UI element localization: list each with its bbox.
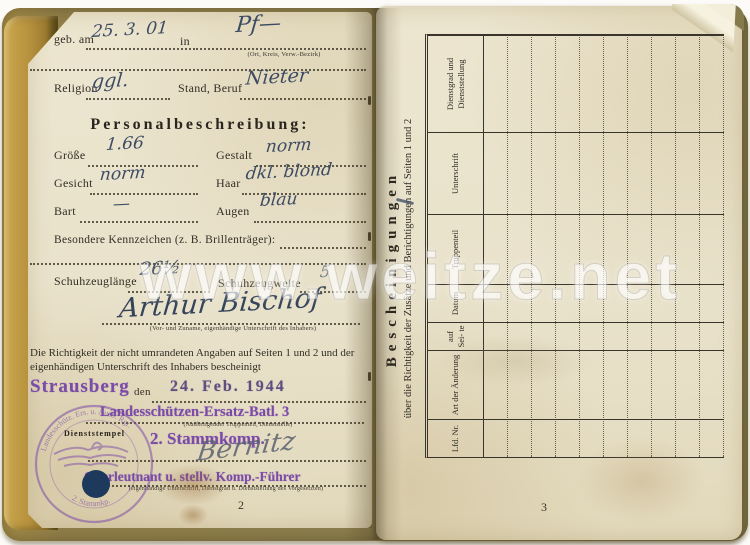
column-header: Dienstgrad und Dienststellung xyxy=(428,36,484,132)
table-row-line xyxy=(555,35,556,457)
table-column: Truppenteil xyxy=(428,214,724,284)
table-row-line xyxy=(603,35,604,457)
eagle-icon xyxy=(54,443,128,466)
dotted-line xyxy=(280,246,366,249)
haar-handwriting: dkl. blond xyxy=(245,160,333,184)
table-row-line xyxy=(699,35,700,457)
column-header: Art der Änderung xyxy=(428,351,484,419)
gestalt-handwriting: norm xyxy=(265,135,312,157)
table-column: Unterschrift xyxy=(428,132,724,214)
column-header: Truppenteil xyxy=(428,215,484,284)
shoe-width-handwriting: 5 xyxy=(319,262,331,282)
augen-label: Augen xyxy=(216,204,250,219)
certification-text: Die Richtigkeit der nicht umrandeten Ang… xyxy=(30,346,368,375)
binding-stitch xyxy=(368,372,371,381)
dotted-line xyxy=(30,262,366,265)
dotted-line xyxy=(90,192,198,195)
censor-dot xyxy=(82,470,110,498)
augen-handwriting: blau xyxy=(259,189,298,211)
dotted-line xyxy=(240,97,366,100)
bescheinigungen-table: Lfd. Nr. Art der Änderung auf Sei- te Da… xyxy=(425,34,724,458)
birthplace-handwriting: Pf— xyxy=(235,11,282,38)
page-2-number: 2 xyxy=(238,498,244,513)
groesse-handwriting: 1.66 xyxy=(105,133,145,155)
binding-stitch xyxy=(368,232,371,241)
column-header: Lfd. Nr. xyxy=(428,420,484,457)
dotted-line xyxy=(200,47,366,50)
owner-signature-handwriting: Arthur Bischof xyxy=(118,283,323,324)
personalbeschreibung-title: Personalbeschreibung: xyxy=(28,116,372,134)
shoe-length-handwriting: 26½ xyxy=(139,257,181,280)
page-2: geb. am 25. 3. 01 in Pf— (Ort, Kreis, Ve… xyxy=(28,12,372,528)
table-row-line xyxy=(723,35,724,457)
bescheinigungen-title: Bescheinigungen xyxy=(384,16,401,521)
table-column: Datum xyxy=(428,284,724,322)
gesicht-handwriting: norm xyxy=(99,163,146,185)
haar-label: Haar xyxy=(216,176,241,191)
page-3-rotated-content: Bescheinigungen über die Richtigkeit der… xyxy=(384,16,721,521)
bescheinigungen-subtitle: über die Richtigkeit der Zusätze und Ber… xyxy=(403,16,414,521)
soldbuch-photo: geb. am 25. 3. 01 in Pf— (Ort, Kreis, Ve… xyxy=(0,0,750,545)
dotted-line xyxy=(30,68,366,71)
table-row-line xyxy=(651,35,652,457)
place-stamp: Strausberg xyxy=(30,376,130,398)
bart-label: Bart xyxy=(54,204,76,219)
table-row-line xyxy=(507,35,508,457)
table-column: Lfd. Nr. xyxy=(428,419,724,457)
dotted-line xyxy=(152,400,366,403)
table-column: auf Sei- te xyxy=(428,322,724,350)
dotted-line xyxy=(254,220,366,223)
column-header: auf Sei- te xyxy=(428,323,484,350)
table-row-line xyxy=(579,35,580,457)
beruf-handwriting: Nieter xyxy=(245,64,309,89)
gestalt-label: Gestalt xyxy=(216,148,252,163)
groesse-label: Größe xyxy=(54,148,86,163)
dotted-line xyxy=(86,97,170,100)
table-row-line xyxy=(675,35,676,457)
table-row-line xyxy=(627,35,628,457)
binding-stitch xyxy=(368,96,371,105)
born-in-label: in xyxy=(180,34,190,49)
dotted-line xyxy=(80,220,198,223)
page-3-number: 3 xyxy=(541,500,547,515)
born-label: geb. am xyxy=(54,32,94,47)
gesicht-label: Gesicht xyxy=(54,176,93,191)
kennzeichen-label: Besondere Kennzeichen (z. B. Brillenträg… xyxy=(54,234,275,246)
birthplace-caption: (Ort, Kreis, Verw.-Bezirk) xyxy=(214,51,354,58)
table-column: Art der Änderung xyxy=(428,350,724,419)
den-label: den xyxy=(134,386,151,398)
paper-stain xyxy=(178,504,208,526)
table-column: Dienstgrad und Dienststellung xyxy=(428,35,724,132)
birthdate-handwriting: 25. 3. 01 xyxy=(91,18,169,42)
bart-handwriting: — xyxy=(112,194,131,215)
column-header: Unterschrift xyxy=(428,133,484,214)
service-seal-stamp: Landesschütz. Ers. u. Ausb. Rgt. 2. Stam… xyxy=(30,398,158,526)
religion-handwriting: ggl. xyxy=(91,69,130,93)
owner-signature-caption: (Vor- und Zuname, eigenhändige Unterschr… xyxy=(108,325,358,332)
table-row-line xyxy=(531,35,532,457)
dienststempel-label: Dienststempel xyxy=(64,429,125,438)
beruf-label: Stand, Beruf xyxy=(178,81,242,96)
date-stamp: 24. Feb. 1944 xyxy=(170,378,286,396)
page-3: Bescheinigungen über die Richtigkeit der… xyxy=(376,6,742,540)
shoe-length-label: Schuhzeuglänge xyxy=(54,274,137,289)
unit-caption: (Ausfertigender Truppenteil, Dienststell… xyxy=(148,422,328,428)
column-header: Datum xyxy=(428,285,484,322)
